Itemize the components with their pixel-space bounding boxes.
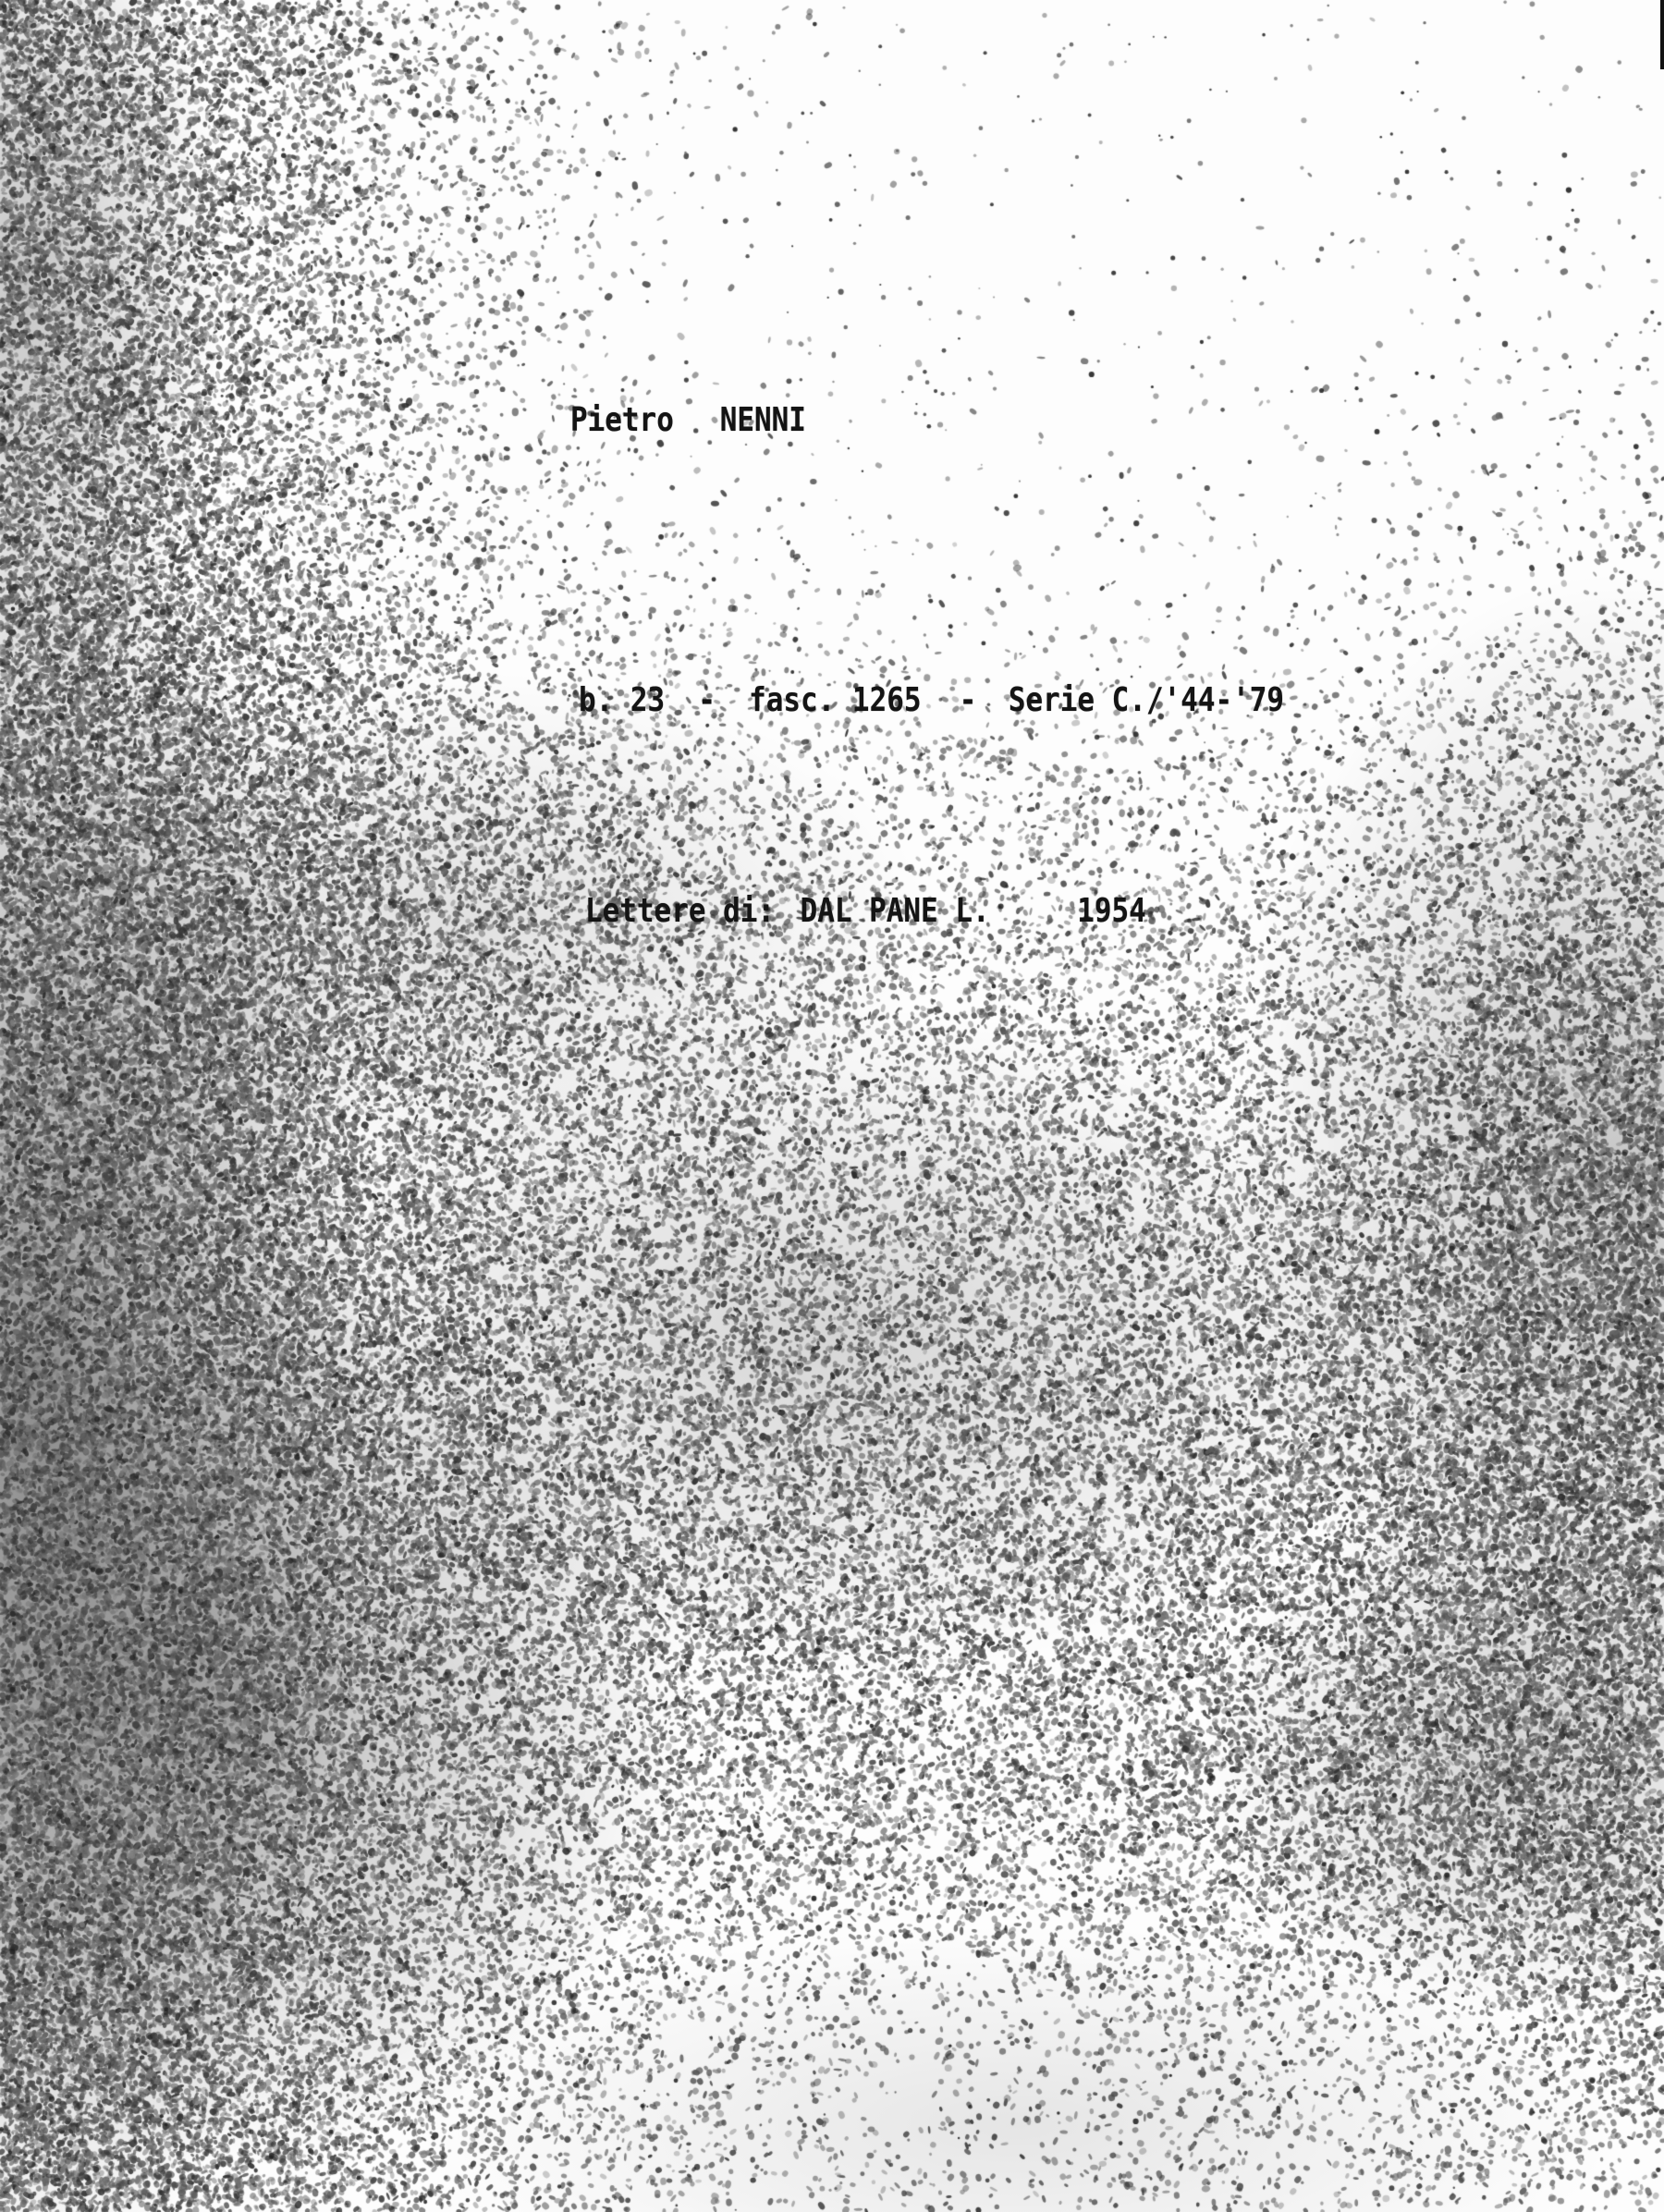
page-edge-mark: [1660, 0, 1664, 69]
letters-line: Lettere di:DAL PANE L.1954: [585, 895, 1146, 928]
photocopy-shading: [0, 0, 1664, 2212]
scanned-document-page: PietroNENNI b. 23-fasc. 1265-Serie C./'4…: [0, 0, 1664, 2212]
letters-year: 1954: [1077, 892, 1146, 930]
last-name: NENNI: [720, 401, 806, 439]
separator: -: [960, 681, 977, 719]
separator: -: [698, 681, 716, 719]
fascicolo-number: fasc. 1265: [749, 681, 921, 719]
serie-label: Serie C./'44-'79: [1009, 681, 1284, 719]
first-name: Pietro: [570, 401, 674, 439]
photocopy-grain-noise: [0, 0, 1664, 2212]
person-name-line: PietroNENNI: [570, 404, 806, 437]
busta-number: b. 23: [579, 681, 665, 719]
letters-author: DAL PANE L.: [801, 892, 990, 930]
archive-reference-line: b. 23-fasc. 1265-Serie C./'44-'79: [579, 684, 1284, 717]
letters-label: Lettere di:: [585, 892, 775, 930]
